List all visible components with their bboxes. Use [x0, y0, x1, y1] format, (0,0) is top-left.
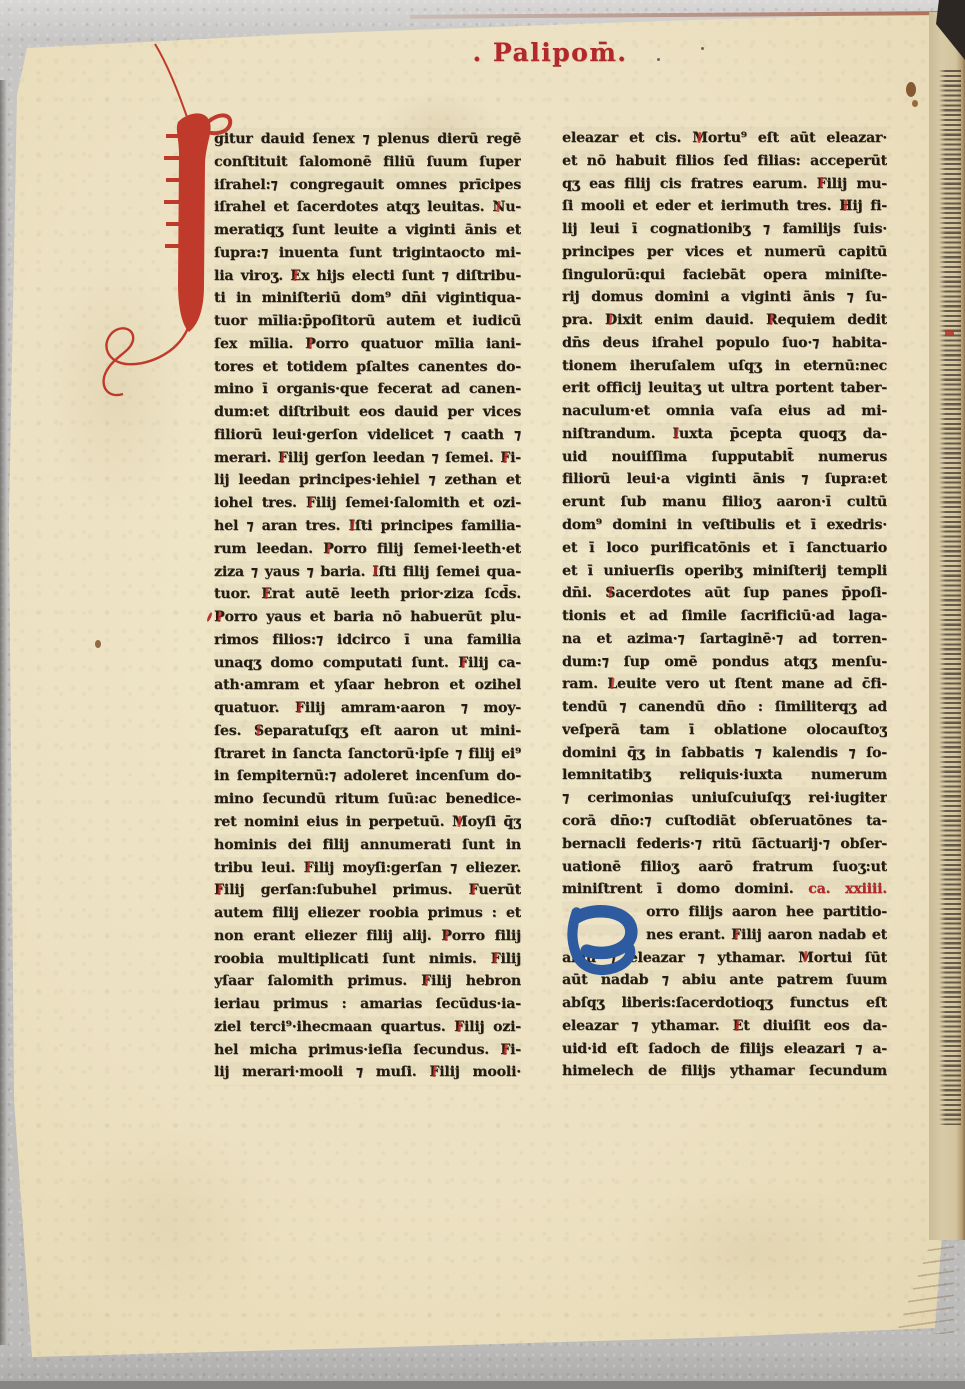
page-left-shadow	[0, 80, 7, 1345]
rubricated-capital: F	[817, 176, 827, 192]
rubricated-capital: S	[605, 585, 615, 601]
ink-dot	[701, 47, 704, 50]
text-line: filiorū leui·gerſon videlicet ⁊ caath ⁊	[214, 424, 521, 447]
text-line: abſqʒ liberis:ſacerdotioqʒ functus eſt	[562, 992, 887, 1015]
text-line: Filij gerſan:ſubuhel primus. Fuerūt	[214, 879, 521, 902]
rubricated-capital: E	[261, 586, 272, 602]
chapter-mark: ca. xxiiii.	[793, 881, 887, 897]
text-line: domini q̄ʒ in ſabbatis ⁊ kalendis ⁊ ſo-	[562, 742, 887, 765]
text-line: ieriau primus : amarias ſecūdus·ia-	[214, 993, 521, 1016]
text-line: dn̄i. Sacerdotes aūt ſup panes p̄poſi-	[562, 582, 887, 605]
rubricated-capital: F	[421, 973, 431, 989]
text-line: ſtraret in ſancta ſanctorū·ipſe ⁊ filij …	[214, 743, 521, 766]
text-line: ret nomini eius in perpetuū. Moyſi q̄ʒ	[214, 811, 521, 834]
manuscript-photo: . Palipom̄. gitur dauid ſenex ⁊ plenus d…	[0, 0, 965, 1389]
illuminated-initial-P	[557, 903, 643, 981]
rubricated-capital: E	[733, 1018, 744, 1034]
rubricated-capital: I	[348, 518, 354, 534]
text-line: tores et totidem pſaltes canentes do-	[214, 356, 521, 379]
text-line: ath·amram et yſaar hebron et ozihel	[214, 674, 521, 697]
text-line: na et azima·⁊ ſartaginē·⁊ ad torren-	[562, 628, 887, 651]
text-line: yſaar ſalomith primus. Filij hebron	[214, 970, 521, 993]
rubricated-capital: F	[429, 1064, 439, 1080]
text-line: autem filij eliezer roobia primus : et	[214, 902, 521, 925]
text-line: hel ⁊ aran tres. Iſti principes familia-	[214, 515, 521, 538]
text-line: uid nouiſſima ſupputabit̄ numerus	[562, 446, 887, 469]
rubricated-capital: R	[766, 312, 778, 328]
running-title: . Palipom̄.	[215, 38, 885, 67]
ink-blot	[906, 82, 916, 97]
rubricated-capital: F	[500, 450, 510, 466]
rubricated-capital: F	[214, 882, 224, 898]
text-line: non erant eliezer filij alij. Porro fili…	[214, 925, 521, 948]
ink-blot	[95, 640, 101, 648]
text-line: hominis dei filij annumerati ſunt in	[214, 834, 521, 857]
rubricated-capital: F	[454, 1019, 464, 1035]
text-line: ſingulorū:qui faciebāt opera miniſte-	[562, 264, 887, 287]
rubricated-capital: I	[672, 426, 678, 442]
text-line: roobia multiplicati ſunt nimis. Filij	[214, 948, 521, 971]
text-line: veſperā tam ī oblatione olocauſtoʒ	[562, 719, 887, 742]
text-line: tionem iheruſalem uſqʒ in eternū:nec	[562, 355, 887, 378]
text-line: conſtituit ſalomonē filiū ſuum ſuper	[214, 151, 521, 174]
text-line: ſupra:⁊ inuenta ſunt trigintaocto mi-	[214, 242, 521, 265]
rubricated-capital: S	[254, 723, 264, 739]
text-line: erit officij leuitaʒ ut ultra portent ta…	[562, 377, 887, 400]
text-line: tribu leui. Filij moyſi:gerſan ⁊ eliezer…	[214, 857, 521, 880]
rubricated-capital: E	[290, 268, 301, 284]
text-line: lemnitatibʒ reliquis·iuxta numerum	[562, 764, 887, 787]
text-line: dn̄s deus iſrahel populo ſuo·⁊ habita-	[562, 332, 887, 355]
rubricated-capital: M	[692, 130, 708, 146]
rubricated-capital: H	[839, 198, 852, 214]
rubricated-capital: I	[372, 564, 378, 580]
text-line: ſi mooli et eder et ierimuth tres. Hij f…	[562, 195, 887, 218]
adjacent-leaf-rubric	[945, 330, 954, 335]
text-line: uationē filioʒ aarō fratrum ſuoʒ:ut	[562, 856, 887, 879]
text-line: uid·id eſt ſadoch de filijs eleazari ⁊ a…	[562, 1038, 887, 1061]
rubricated-capital: M	[452, 814, 468, 830]
text-line: tionis et ad ſimile ſacrificiū·ad laga-	[562, 605, 887, 628]
text-line: iſrahel:⁊ congregauit omnes prīcipes	[214, 174, 521, 197]
text-line: niſtrandum. Iuxta p̄cepta quoqʒ da-	[562, 423, 887, 446]
text-line: corā dn̄o:⁊ cuſtodiāt obſeruatōnes ta-	[562, 810, 887, 833]
text-line: eleazar ⁊ ythamar. Et diuiſit eos da-	[562, 1015, 887, 1038]
text-line: dum:et diſtribuit eos dauid per vices	[214, 401, 521, 424]
rubricated-capital: F	[295, 700, 305, 716]
text-line: dom⁹ domini in veſtibulis et ī exedris·	[562, 514, 887, 537]
text-line: gitur dauid ſenex ⁊ plenus dierū regē	[214, 128, 521, 151]
rubricated-capital: F	[306, 495, 316, 511]
text-line: lij leedan principes·iehiel ⁊ zethan et	[214, 469, 521, 492]
text-line: lij merari·mooli ⁊ muſi. Filij mooli·	[214, 1061, 521, 1084]
text-line: qʒ eas filij cis fratres earum. Filij mu…	[562, 173, 887, 196]
text-line: merari. Filij gerſon leedan ⁊ ſemei. Fi-	[214, 447, 521, 470]
text-line: mino ſecundū ritum ſuū:ac benedice-	[214, 788, 521, 811]
text-line: hel micha primus·ieſia ſecundus. Fi-	[214, 1039, 521, 1062]
rubricated-capital: P	[305, 336, 315, 352]
text-line: et ī loco purificatōnis et ī ſanctuario	[562, 537, 887, 560]
text-line: mino ī organis·que fecerat ad canen-	[214, 378, 521, 401]
ink-blot	[912, 100, 918, 107]
text-line: in ſempiternū:⁊ adoleret incenſum do-	[214, 765, 521, 788]
ink-dot	[657, 58, 660, 61]
text-line: meratiqʒ ſunt leuite a viginti ānis et	[214, 219, 521, 242]
text-line: tuor mīlia:p̄poſitorū autem et iudicū	[214, 310, 521, 333]
rubricated-capital: F	[458, 655, 468, 671]
text-line: rum leedan. Porro filij ſemei·leeth·et	[214, 538, 521, 561]
text-line: ram. Leuite vero ut ſtent mane ad c̄fi-	[562, 673, 887, 696]
rubricated-capital: F	[500, 1042, 510, 1058]
text-line: eleazar et cis. Mortu⁹ eſt aūt eleazar·	[562, 127, 887, 150]
text-line: ziel terci⁹·ihecmaan quartus. Filij ozi-	[214, 1016, 521, 1039]
text-line: lia viroʒ. Ex hijs electi ſunt ⁊ diſtrib…	[214, 265, 521, 288]
text-column-left: gitur dauid ſenex ⁊ plenus dierū regēcon…	[214, 128, 521, 1086]
text-line: rij domus domini a viginti ānis ⁊ ſu-	[562, 286, 887, 309]
text-line: iohel tres. Filij ſemei·ſalomith et ozi-	[214, 492, 521, 515]
rubricated-capital: P	[441, 928, 451, 944]
text-line: ti in miniſteriū dom⁹ dn̄i vigintiqua-	[214, 287, 521, 310]
text-line: Porro yaus et baria nō habuerūt plu-	[214, 606, 521, 629]
text-line: ⁊ cerimonias uniuſcuiuſqʒ rei·iugiter	[562, 787, 887, 810]
rubricated-capital: P	[323, 541, 333, 557]
photo-bottom-edge	[0, 1381, 965, 1389]
rubricated-capital: F	[731, 927, 741, 943]
rubricated-capital: F	[304, 860, 314, 876]
text-line: rimos filios:⁊ idcirco ī una familia	[214, 629, 521, 652]
text-line: naculum·et omnia vaſa eius ad mi-	[562, 400, 887, 423]
text-line: himelech de filijs ythamar ſecundum	[562, 1060, 887, 1083]
text-line: tendū ⁊ canendū dn̄o : ſimiliterqʒ ad	[562, 696, 887, 719]
text-line: quatuor. Filij amram·aaron ⁊ moy-	[214, 697, 521, 720]
text-line: dum:⁊ ſup omē pondus atqʒ menſu-	[562, 651, 887, 674]
rubricated-capital: N	[492, 199, 505, 215]
rubricated-capital: D	[605, 312, 617, 328]
text-line: lij leui ī cognationibʒ ⁊ familijs ſuis·	[562, 218, 887, 241]
rubricated-capital: L	[607, 676, 617, 692]
text-line: et nō habuit filios ſed filias: acceperū…	[562, 150, 887, 173]
text-line: miniſtrent ī domo domini. ca. xxiiii.	[562, 878, 887, 901]
adjacent-leaf-edge	[929, 12, 965, 1240]
adjacent-leaf-text-rows	[939, 70, 961, 1125]
text-line: principes per vices et numerū capitū	[562, 241, 887, 264]
text-line: ſes. Separatuſqʒ eſt aaron ut mini-	[214, 720, 521, 743]
rubricated-capital: M	[798, 950, 814, 966]
rubricated-capital: F	[278, 450, 288, 466]
text-line: ſex mīlia. Porro quatuor mīlia iani-	[214, 333, 521, 356]
text-line: ziza ⁊ yaus ⁊ baria. Iſti filij ſemei qu…	[214, 561, 521, 584]
text-line: et ī uniuerſis operibʒ miniſterij templi	[562, 560, 887, 583]
text-line: unaqʒ domo computati ſunt. Filij ca-	[214, 652, 521, 675]
rubricated-capital: P	[214, 609, 224, 625]
rubricated-capital: F	[491, 951, 501, 967]
text-line: erunt ſub manu filioʒ aaron·ī cultū	[562, 491, 887, 514]
text-line: filiorū leui·a viginti ānis ⁊ ſupra:et	[562, 468, 887, 491]
text-line: iſrahel et ſacerdotes atqʒ leuitas. Nu-	[214, 196, 521, 219]
text-line: bernacli federis·⁊ ritū ſāctuarij·⁊ obſe…	[562, 833, 887, 856]
text-line: tuor. Erat autē leeth prior·ziza ſcd̄s.	[214, 583, 521, 606]
text-line: pra. Dixit enim dauid. Requiem dedit	[562, 309, 887, 332]
rubricated-capital: F	[468, 882, 478, 898]
